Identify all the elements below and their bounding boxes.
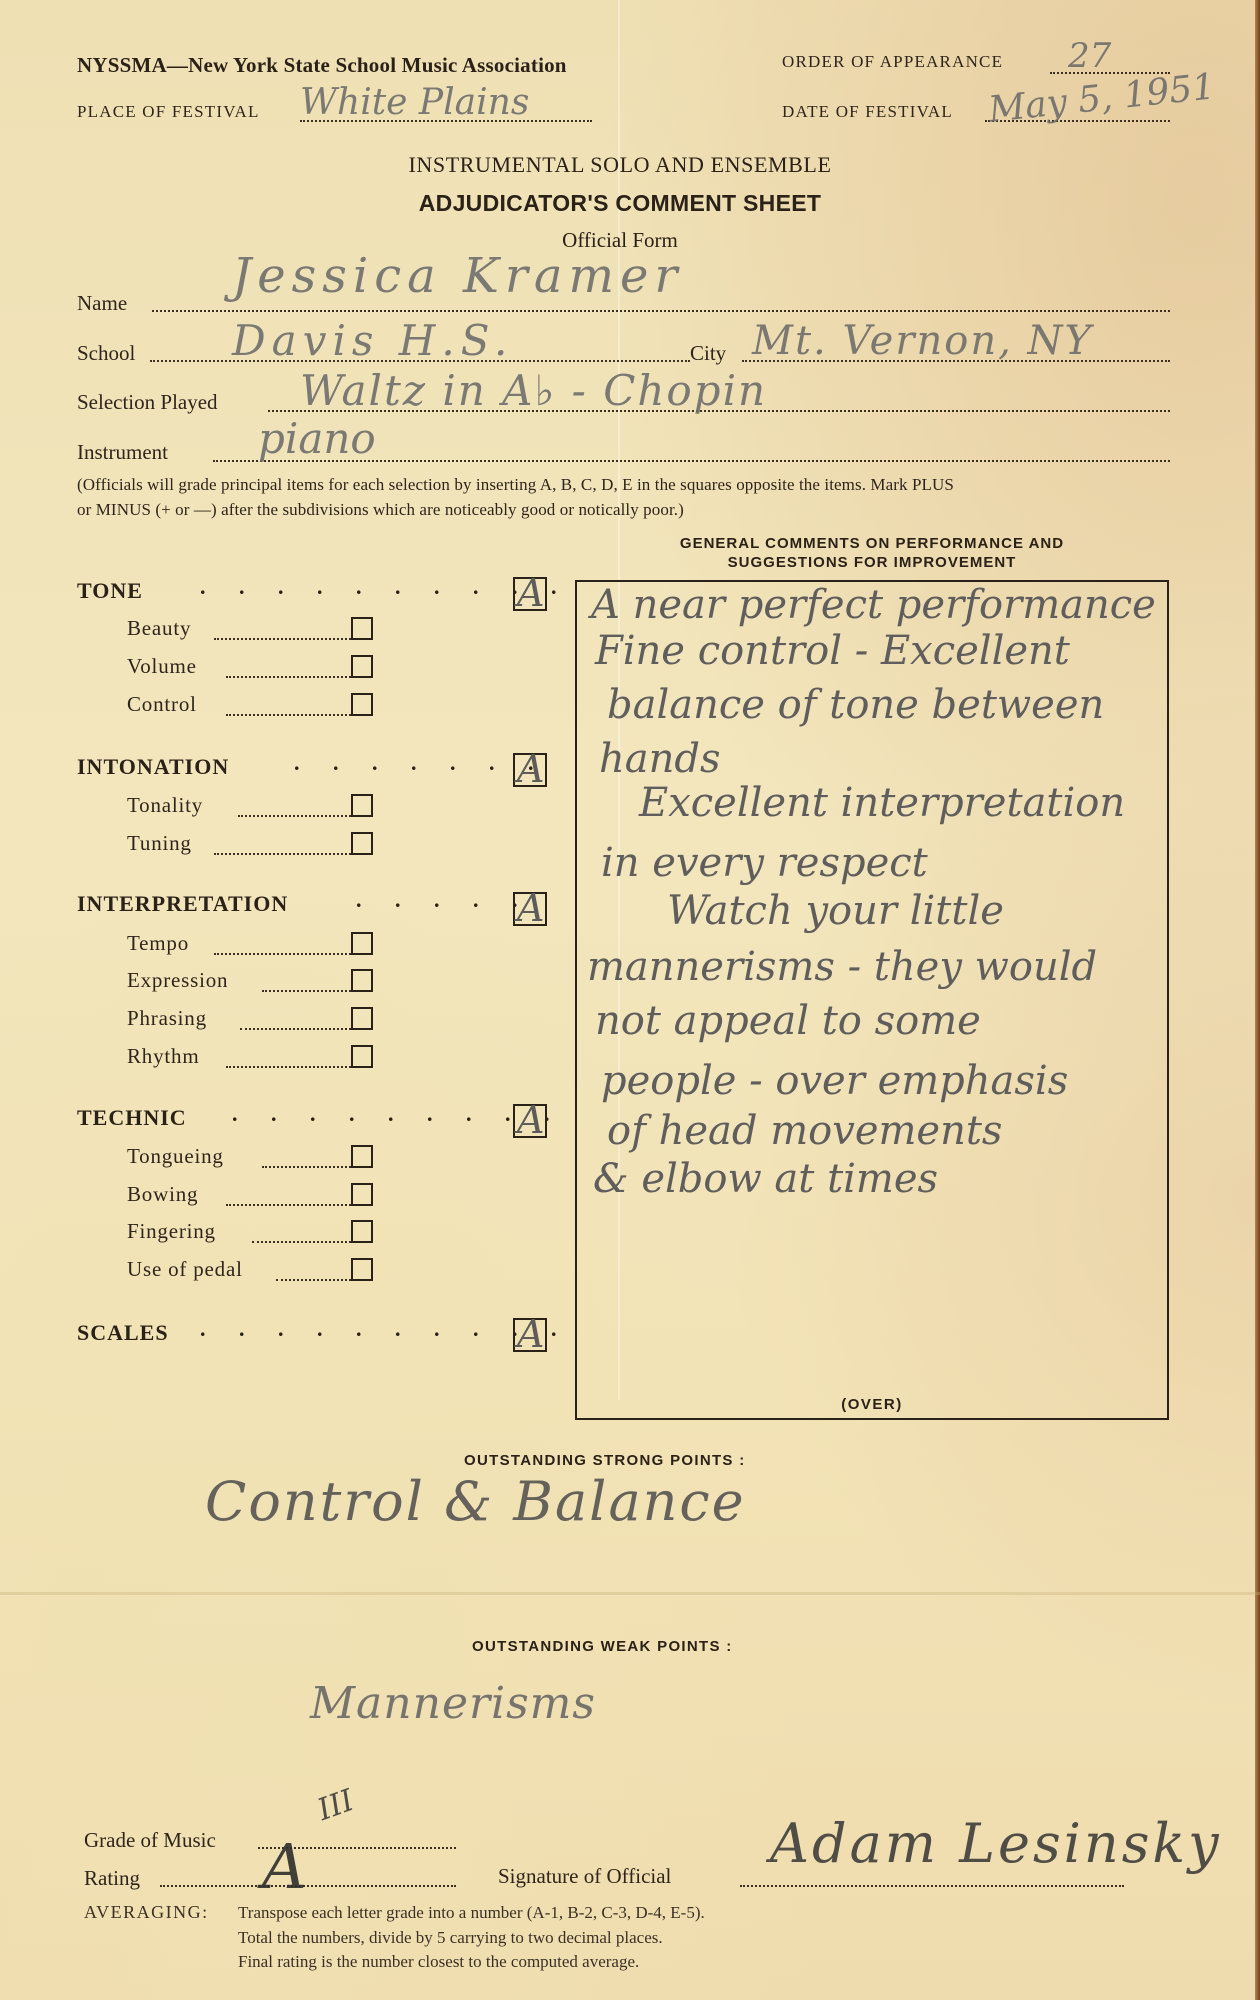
use-of-pedal-checkbox[interactable] [351,1258,373,1281]
rhythm-checkbox[interactable] [351,1045,373,1068]
tonality-checkbox[interactable] [351,794,373,817]
strong-points-value[interactable]: Control & Balance [205,1470,746,1533]
intonation-item-tonality: Tonality [127,793,203,818]
strong-points-heading: OUTSTANDING STRONG POINTS : [464,1452,746,1469]
category-intonation-label: INTONATION [77,754,229,780]
instructions-line1: (Officials will grade principal items fo… [77,475,954,495]
technic-item-tongueing: Tongueing [127,1144,224,1169]
item-leader [262,990,351,992]
expression-checkbox[interactable] [351,969,373,992]
over-label: (OVER) [577,1396,1167,1413]
grade-of-music-value[interactable]: III [313,1783,358,1828]
item-leader [214,638,351,640]
fold-crease-horizontal [0,1592,1260,1595]
comment-line: Excellent interpretation [639,780,1125,826]
item-leader [276,1279,351,1281]
category-scales-label: SCALES [77,1320,169,1346]
tuning-checkbox[interactable] [351,832,373,855]
selection-played-value[interactable]: Waltz in A♭ - Chopin [300,366,767,415]
item-leader [238,815,351,817]
instrument-value[interactable]: piano [258,414,376,463]
interpretation-item-tempo: Tempo [127,931,189,956]
signature-line [740,1885,1124,1887]
signature-label: Signature of Official [498,1864,671,1889]
comments-box[interactable]: A near perfect performance Fine control … [575,580,1169,1420]
intonation-grade-box[interactable]: A [513,753,547,787]
averaging-line2: Total the numbers, divide by 5 carrying … [238,1928,663,1948]
category-tone-label: TONE [77,578,143,604]
instrument-label: Instrument [77,440,168,465]
name-label: Name [77,291,127,316]
interpretation-grade: A [517,886,544,930]
averaging-label: AVERAGING: [84,1902,209,1923]
form-title-line2: ADJUDICATOR'S COMMENT SHEET [0,190,1240,217]
comment-line: & elbow at times [593,1156,938,1202]
name-line [152,310,1170,312]
intonation-item-tuning: Tuning [127,831,192,856]
category-interpretation-label: INTERPRETATION [77,891,288,917]
selection-played-label: Selection Played [77,390,218,415]
city-value[interactable]: Mt. Vernon, NY [752,318,1093,364]
interpretation-item-rhythm: Rhythm [127,1044,199,1069]
school-label: School [77,341,135,366]
item-leader [240,1028,351,1030]
scales-grade: A [517,1312,544,1356]
comment-line: hands [599,736,721,782]
tone-grade-box[interactable]: A [513,577,547,611]
beauty-checkbox[interactable] [351,617,373,640]
item-leader [226,1066,351,1068]
paper-edge [1255,0,1260,2000]
intonation-grade: A [517,747,544,791]
order-of-appearance-label: ORDER OF APPEARANCE [782,52,1003,72]
association-title: NYSSMA—New York State School Music Assoc… [77,53,567,78]
item-leader [226,714,351,716]
comment-line: not appeal to some [595,998,981,1044]
grade-of-music-label: Grade of Music [84,1828,216,1853]
averaging-line1: Transpose each letter grade into a numbe… [238,1903,705,1923]
rating-line [160,1885,456,1887]
technic-item-fingering: Fingering [127,1219,216,1244]
comment-line: of head movements [607,1108,1002,1154]
averaging-line3: Final rating is the number closest to th… [238,1952,639,1972]
comments-heading-line2: SUGGESTIONS FOR IMPROVEMENT [575,553,1169,572]
city-label: City [690,341,726,366]
name-value[interactable]: Jessica Kramer [232,248,683,304]
item-leader [214,853,351,855]
interpretation-grade-box[interactable]: A [513,892,547,926]
comment-line: balance of tone between [607,682,1104,728]
signature-value[interactable]: Adam Lesinsky [770,1812,1222,1875]
bowing-checkbox[interactable] [351,1183,373,1206]
rating-label: Rating [84,1866,140,1891]
control-checkbox[interactable] [351,693,373,716]
technic-item-bowing: Bowing [127,1182,198,1207]
technic-grade-box[interactable]: A [513,1104,547,1138]
item-leader [226,676,351,678]
leader-dots: . . . . . [356,887,532,913]
comment-line: Fine control - Excellent [595,628,1070,674]
comment-line: A near perfect performance [591,582,1156,628]
fingering-checkbox[interactable] [351,1220,373,1243]
weak-points-value[interactable]: Mannerisms [310,1678,596,1729]
school-value[interactable]: Davis H.S. [232,316,513,365]
date-of-festival-label: DATE OF FESTIVAL [782,102,953,122]
comment-line: Watch your little [667,888,1004,934]
place-of-festival-value[interactable]: White Plains [300,82,529,123]
comment-line: mannerisms - they would [587,944,1097,990]
comments-heading-line1: GENERAL COMMENTS ON PERFORMANCE AND [575,534,1169,553]
technic-grade: A [517,1098,544,1142]
tone-item-beauty: Beauty [127,616,191,641]
comment-line: people - over emphasis [601,1058,1068,1104]
place-of-festival-label: PLACE OF FESTIVAL [77,102,260,122]
tongueing-checkbox[interactable] [351,1145,373,1168]
comments-heading: GENERAL COMMENTS ON PERFORMANCE AND SUGG… [575,534,1169,572]
tone-grade: A [517,571,544,615]
category-technic-label: TECHNIC [77,1105,187,1131]
order-of-appearance-value[interactable]: 27 [1068,36,1111,76]
volume-checkbox[interactable] [351,655,373,678]
item-leader [214,953,351,955]
item-leader [262,1166,351,1168]
weak-points-heading: OUTSTANDING WEAK POINTS : [472,1638,733,1655]
leader-dots: . . . . . . . [294,750,548,776]
instructions-line2: or MINUS (+ or —) after the subdivisions… [77,500,684,520]
rating-value[interactable]: A [262,1830,307,1903]
comment-line: in every respect [601,840,928,886]
tempo-checkbox[interactable] [351,932,373,955]
item-leader [252,1241,351,1243]
phrasing-checkbox[interactable] [351,1007,373,1030]
item-leader [226,1204,351,1206]
form-title-line1: INSTRUMENTAL SOLO AND ENSEMBLE [0,152,1240,178]
scales-grade-box[interactable]: A [513,1318,547,1352]
tone-item-volume: Volume [127,654,197,679]
technic-item-use-of-pedal: Use of pedal [127,1257,243,1282]
tone-item-control: Control [127,692,197,717]
interpretation-item-phrasing: Phrasing [127,1006,207,1031]
interpretation-item-expression: Expression [127,968,228,993]
